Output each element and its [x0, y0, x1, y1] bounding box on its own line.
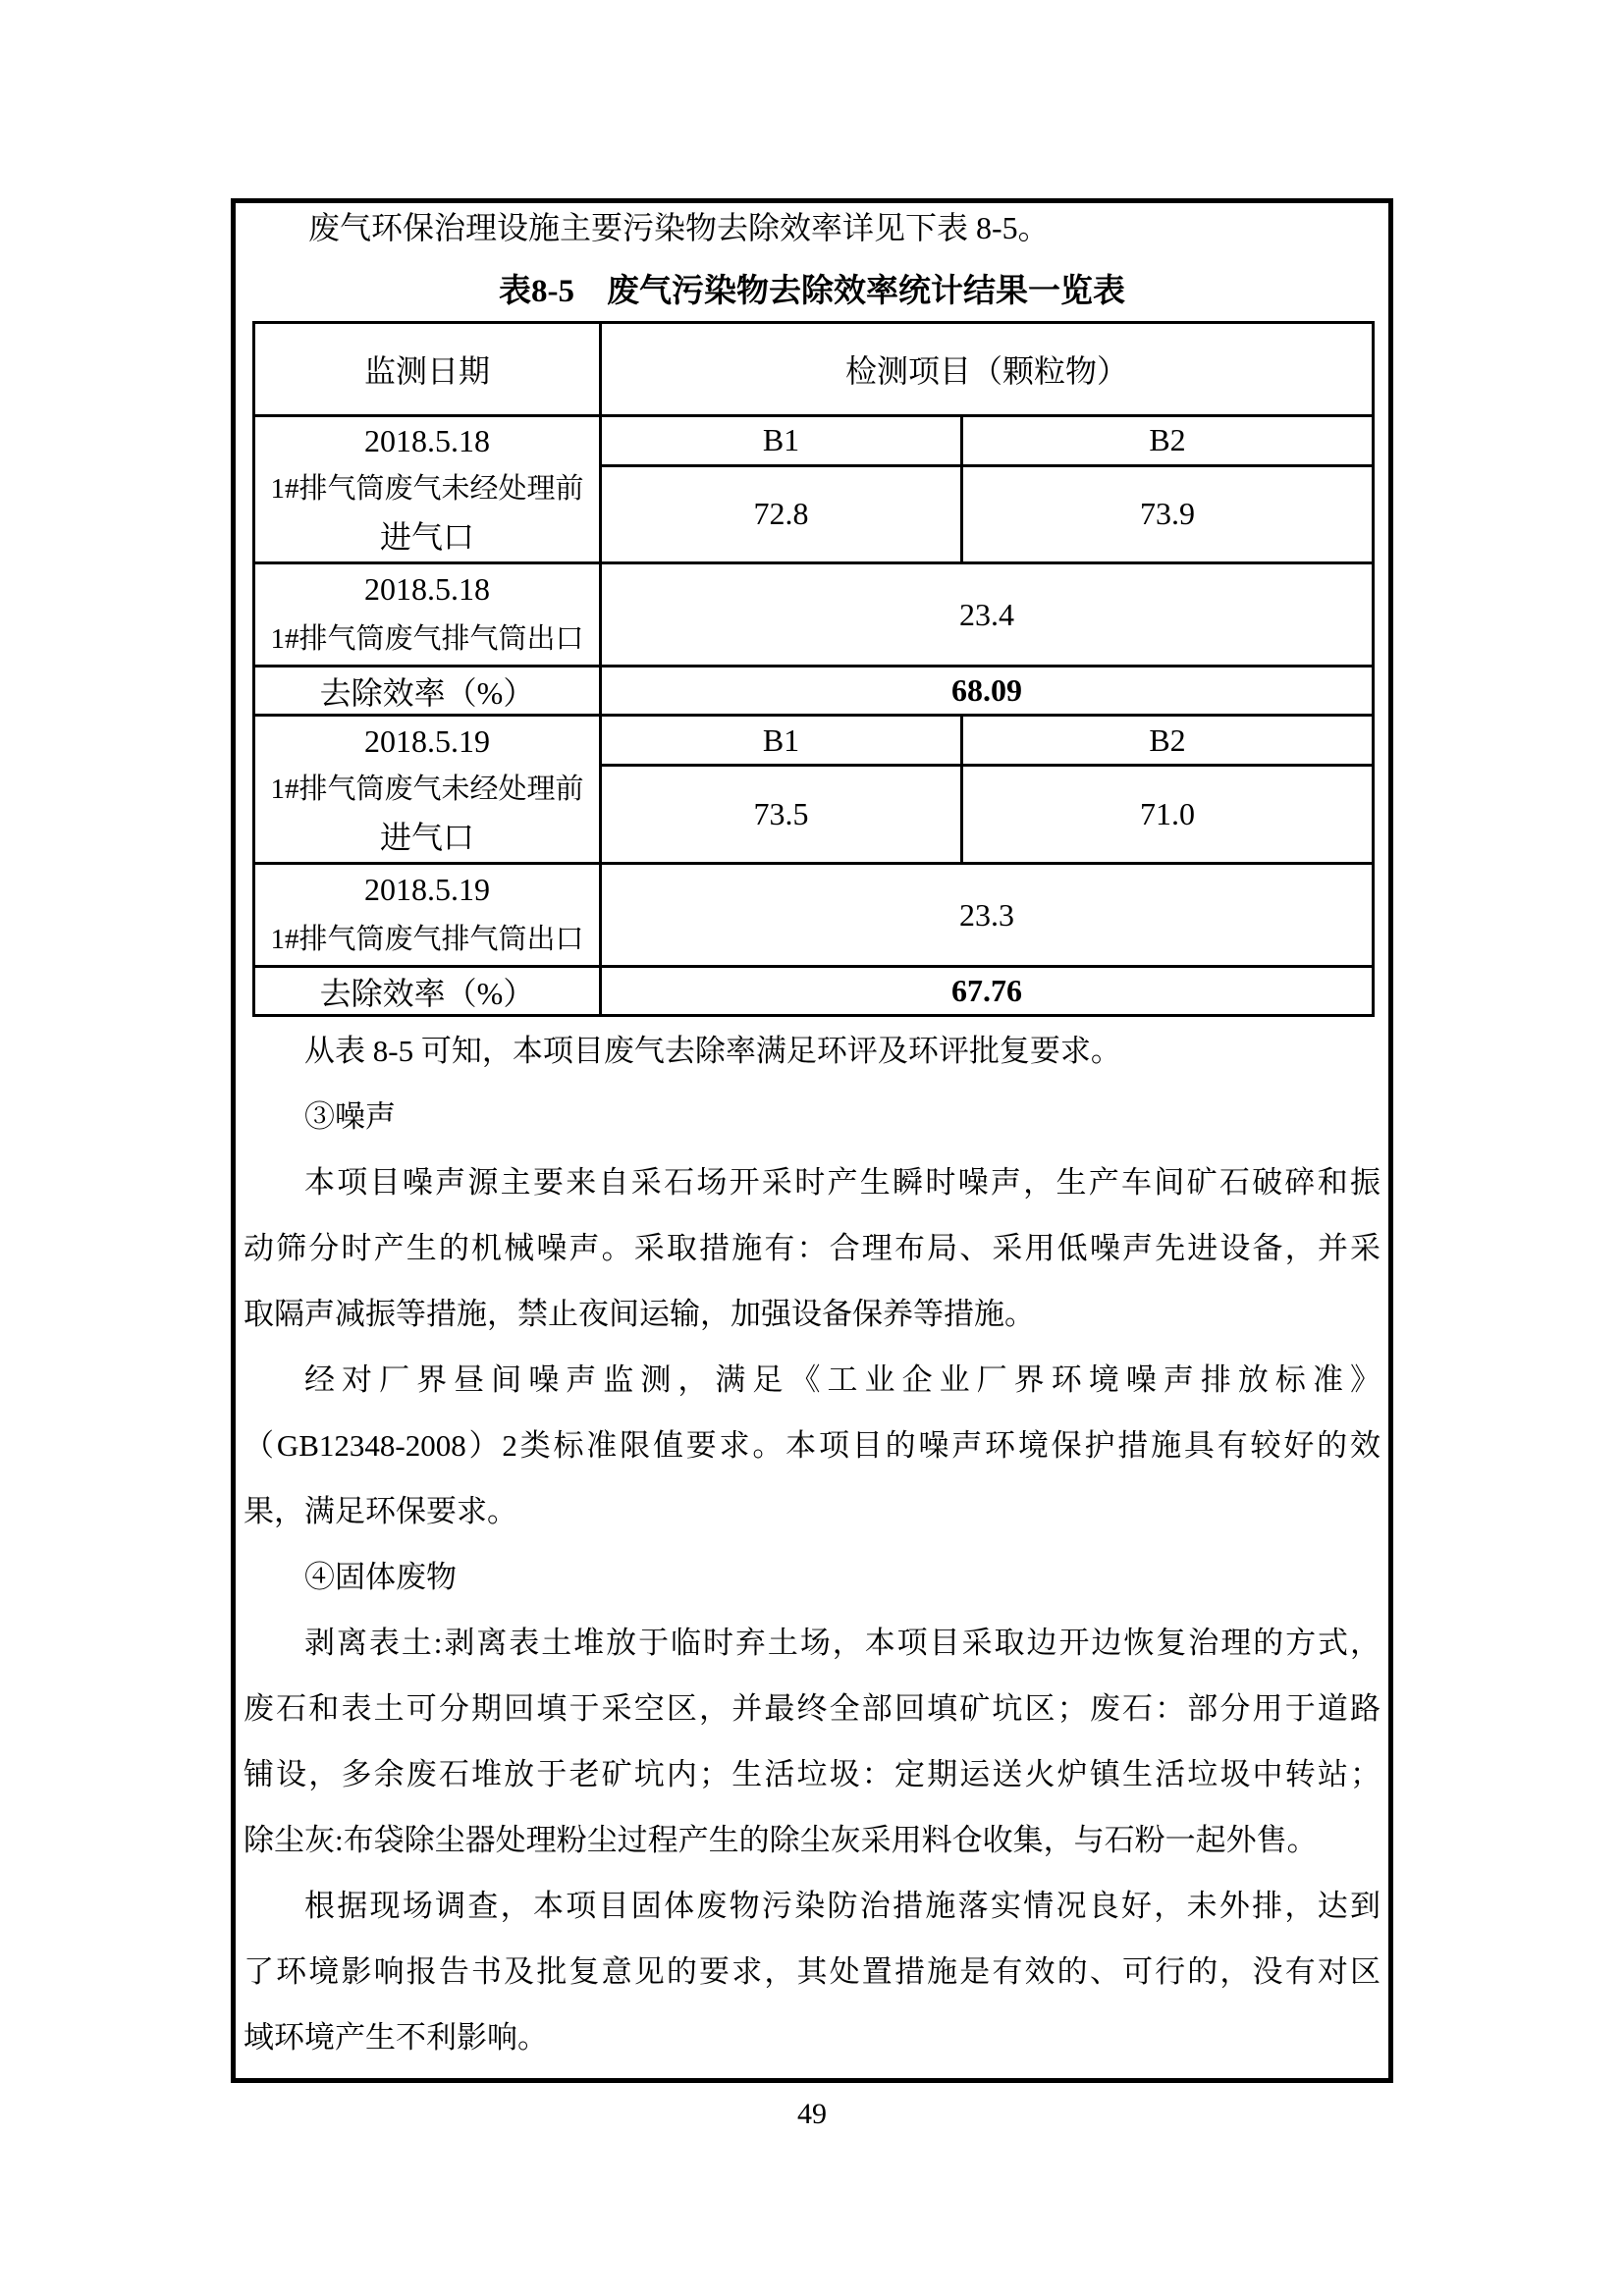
table-row-efficiency-2: 去除效率（%） 67.76	[254, 967, 1374, 1016]
outlet-value-cell-1: 23.4	[601, 563, 1374, 667]
header-item-cell: 检测项目（颗粒物）	[601, 323, 1374, 416]
table-row-inlet-labels-2: 2018.5.19 1#排气筒废气未经处理前 进气口 B1 B2	[254, 716, 1374, 766]
solid-waste-line: 除尘灰:布袋除尘器处理粉尘过程产生的除尘灰采用料仓收集，与石粉一起外售。	[244, 1807, 1380, 1873]
efficiency-value-cell-2: 67.76	[601, 967, 1374, 1016]
inlet-date-2: 2018.5.19	[255, 718, 599, 766]
table-header-row: 监测日期 检测项目（颗粒物）	[254, 323, 1374, 416]
efficiency-value-cell-1: 68.09	[601, 667, 1374, 716]
noise-standard-line: 经对厂界昼间噪声监测，满足《工业企业厂界环境噪声排放标准》	[244, 1347, 1380, 1413]
outlet-date-2: 2018.5.19	[255, 865, 599, 915]
survey-conclusion-line: 了环境影响报告书及批复意见的要求，其处置措施是有效的、可行的，没有对区	[244, 1939, 1380, 2004]
b2-value-cell-2: 71.0	[962, 766, 1374, 864]
efficiency-label-cell-2: 去除效率（%）	[254, 967, 601, 1016]
inlet-desc-2: 1#排气筒废气未经处理前	[255, 766, 599, 814]
outlet-info-cell-1: 2018.5.18 1#排气筒废气排气筒出口	[254, 563, 601, 667]
conclusion-paragraph: 从表 8-5 可知，本项目废气去除率满足环评及环评批复要求。	[244, 1018, 1380, 1084]
outlet-info-cell-2: 2018.5.19 1#排气筒废气排气筒出口	[254, 864, 601, 967]
noise-heading: ③噪声	[244, 1084, 1380, 1149]
b2-value-cell-1: 73.9	[962, 465, 1374, 562]
solid-waste-line: 铺设，多余废石堆放于老矿坑内；生活垃圾：定期运送火炉镇生活垃圾中转站；	[244, 1741, 1380, 1807]
b2-label-cell-1: B2	[962, 416, 1374, 466]
b1-value-cell-1: 72.8	[601, 465, 962, 562]
noise-paragraph-line: 本项目噪声源主要来自采石场开采时产生瞬时噪声，生产车间矿石破碎和振	[244, 1149, 1380, 1215]
outlet-value-cell-2: 23.3	[601, 864, 1374, 967]
document-page: 废气环保治理设施主要污染物去除效率详见下表 8-5。 表8-5 废气污染物去除效…	[0, 0, 1624, 2296]
page-number: 49	[0, 2097, 1624, 2132]
noise-standard-line: （GB12348-2008）2类标准限值要求。本项目的噪声环境保护措施具有较好的…	[244, 1413, 1380, 1478]
table-row-inlet-labels-1: 2018.5.18 1#排气筒废气未经处理前 进气口 B1 B2	[254, 416, 1374, 466]
table-row-outlet-2: 2018.5.19 1#排气筒废气排气筒出口 23.3	[254, 864, 1374, 967]
noise-paragraph-line: 取隔声减振等措施，禁止夜间运输，加强设备保养等措施。	[244, 1281, 1380, 1347]
inlet-desc-1: 1#排气筒废气未经处理前	[255, 465, 599, 513]
solid-waste-heading: ④固体废物	[244, 1544, 1380, 1610]
intro-paragraph: 废气环保治理设施主要污染物去除效率详见下表 8-5。	[244, 205, 1380, 250]
inlet-date-1: 2018.5.18	[255, 417, 599, 465]
survey-conclusion-line: 根据现场调查，本项目固体废物污染防治措施落实情况良好，未外排，达到	[244, 1873, 1380, 1939]
noise-standard-line: 果，满足环保要求。	[244, 1478, 1380, 1544]
outlet-date-1: 2018.5.18	[255, 564, 599, 614]
body-text: 从表 8-5 可知，本项目废气去除率满足环评及环评批复要求。 ③噪声 本项目噪声…	[244, 1018, 1380, 2070]
table-row-efficiency-1: 去除效率（%） 68.09	[254, 667, 1374, 716]
outlet-desc-2: 1#排气筒废气排气筒出口	[255, 915, 599, 965]
inlet-desc2-1: 进气口	[255, 513, 599, 561]
noise-paragraph-line: 动筛分时产生的机械噪声。采取措施有：合理布局、采用低噪声先进设备，并采	[244, 1215, 1380, 1281]
monitoring-table: 监测日期 检测项目（颗粒物） 2018.5.18 1#排气筒废气未经处理前 进气…	[252, 321, 1375, 1017]
content-border-box: 废气环保治理设施主要污染物去除效率详见下表 8-5。 表8-5 废气污染物去除效…	[231, 198, 1393, 2083]
outlet-desc-1: 1#排气筒废气排气筒出口	[255, 614, 599, 665]
table-row-outlet-1: 2018.5.18 1#排气筒废气排气筒出口 23.4	[254, 563, 1374, 667]
b2-label-cell-2: B2	[962, 716, 1374, 766]
solid-waste-line: 剥离表土:剥离表土堆放于临时弃土场，本项目采取边开边恢复治理的方式，	[244, 1610, 1380, 1676]
solid-waste-line: 废石和表土可分期回填于采空区，并最终全部回填矿坑区；废石：部分用于道路	[244, 1676, 1380, 1741]
survey-conclusion-line: 域环境产生不利影响。	[244, 2004, 1380, 2070]
b1-label-cell-2: B1	[601, 716, 962, 766]
inlet-info-cell-2: 2018.5.19 1#排气筒废气未经处理前 进气口	[254, 716, 601, 864]
header-date-cell: 监测日期	[254, 323, 601, 416]
b1-label-cell-1: B1	[601, 416, 962, 466]
table-title: 表8-5 废气污染物去除效率统计结果一览表	[244, 272, 1380, 311]
inlet-info-cell-1: 2018.5.18 1#排气筒废气未经处理前 进气口	[254, 416, 601, 563]
efficiency-label-cell-1: 去除效率（%）	[254, 667, 601, 716]
inlet-desc2-2: 进气口	[255, 814, 599, 862]
b1-value-cell-2: 73.5	[601, 766, 962, 864]
